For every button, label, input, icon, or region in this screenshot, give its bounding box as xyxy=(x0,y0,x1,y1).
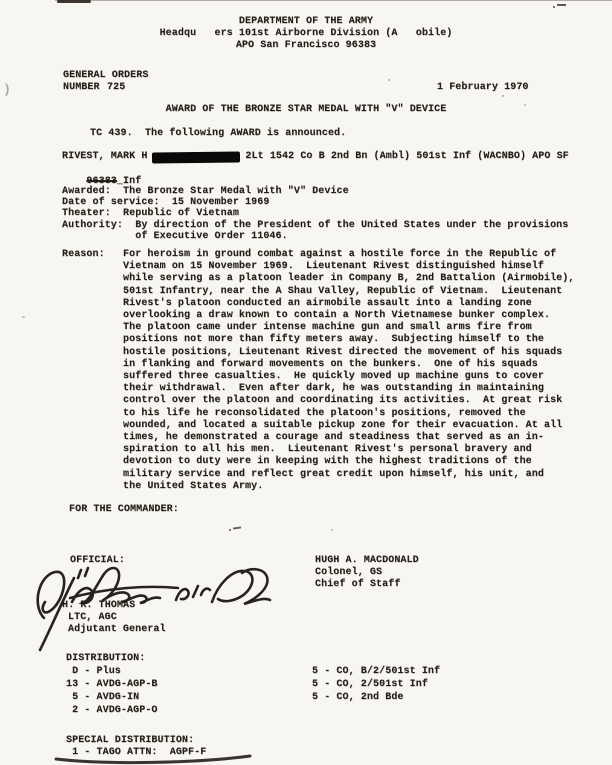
reason-block: Reason: For heroism in ground combat aga… xyxy=(62,249,574,493)
document-title: AWARD OF THE BRONZE STAR MEDAL WITH "V" … xyxy=(0,104,612,116)
redaction-bar xyxy=(152,151,240,163)
general-orders-label: GENERAL ORDERS xyxy=(63,70,148,82)
scan-speck xyxy=(22,316,25,318)
signer-rank: LTC, AGC xyxy=(68,612,117,624)
approver-rank: Colonel, GS xyxy=(315,567,382,579)
number-label: NUMBER xyxy=(63,82,100,94)
department-header: DEPARTMENT OF THE ARMY xyxy=(0,16,612,28)
scan-speck xyxy=(502,95,504,97)
signer-name: H. R. THOMAS xyxy=(62,600,135,612)
order-date: 1 February 1970 xyxy=(437,82,529,94)
scan-speck xyxy=(229,529,231,531)
scan-artifact-top-blob xyxy=(57,0,91,3)
headquarters-line: Headqu ers 101st Airborne Division (A ob… xyxy=(0,28,612,40)
scan-speck xyxy=(331,529,333,531)
signer-title: Adjutant General xyxy=(68,624,166,636)
scan-artifact-dash-mid xyxy=(233,526,241,529)
scan-artifact-dash-top-right xyxy=(557,4,566,6)
approver-title: Chief of Staff xyxy=(315,579,400,591)
for-the-commander-line: FOR THE COMMANDER: xyxy=(69,504,179,516)
scan-speck xyxy=(388,79,390,81)
order-number: 725 xyxy=(107,82,125,94)
recipient-service-info: 2Lt 1542 Co B 2nd Bn (Ambl) 501st Inf (W… xyxy=(245,151,568,163)
approver-name: HUGH A. MACDONALD xyxy=(315,555,419,567)
recipient-line: RIVEST, MARK H 2Lt 1542 Co B 2nd Bn (Amb… xyxy=(62,151,569,163)
scan-speck xyxy=(553,6,555,8)
scan-artifact-top-line xyxy=(55,0,612,1)
recipient-name: RIVEST, MARK H xyxy=(62,151,147,163)
underline-scrawl xyxy=(48,753,260,765)
distribution-block: DISTRIBUTION: D - Plus 13 - AVDG-AGP-B 5… xyxy=(66,652,158,717)
scan-stray-paren: ) xyxy=(3,84,11,96)
scanned-document-page: ) DEPARTMENT OF THE ARMY Headqu ers 101s… xyxy=(0,0,612,765)
distribution-right-block: 5 - CO, B/2/501st Inf 5 - CO, 2/501st In… xyxy=(312,665,440,704)
apo-line: APO San Francisco 96383 xyxy=(0,40,612,52)
announcement-line: TC 439. The following AWARD is announced… xyxy=(90,128,346,140)
award-details-block: Awarded: The Bronze Star Medal with "V" … xyxy=(62,186,568,242)
